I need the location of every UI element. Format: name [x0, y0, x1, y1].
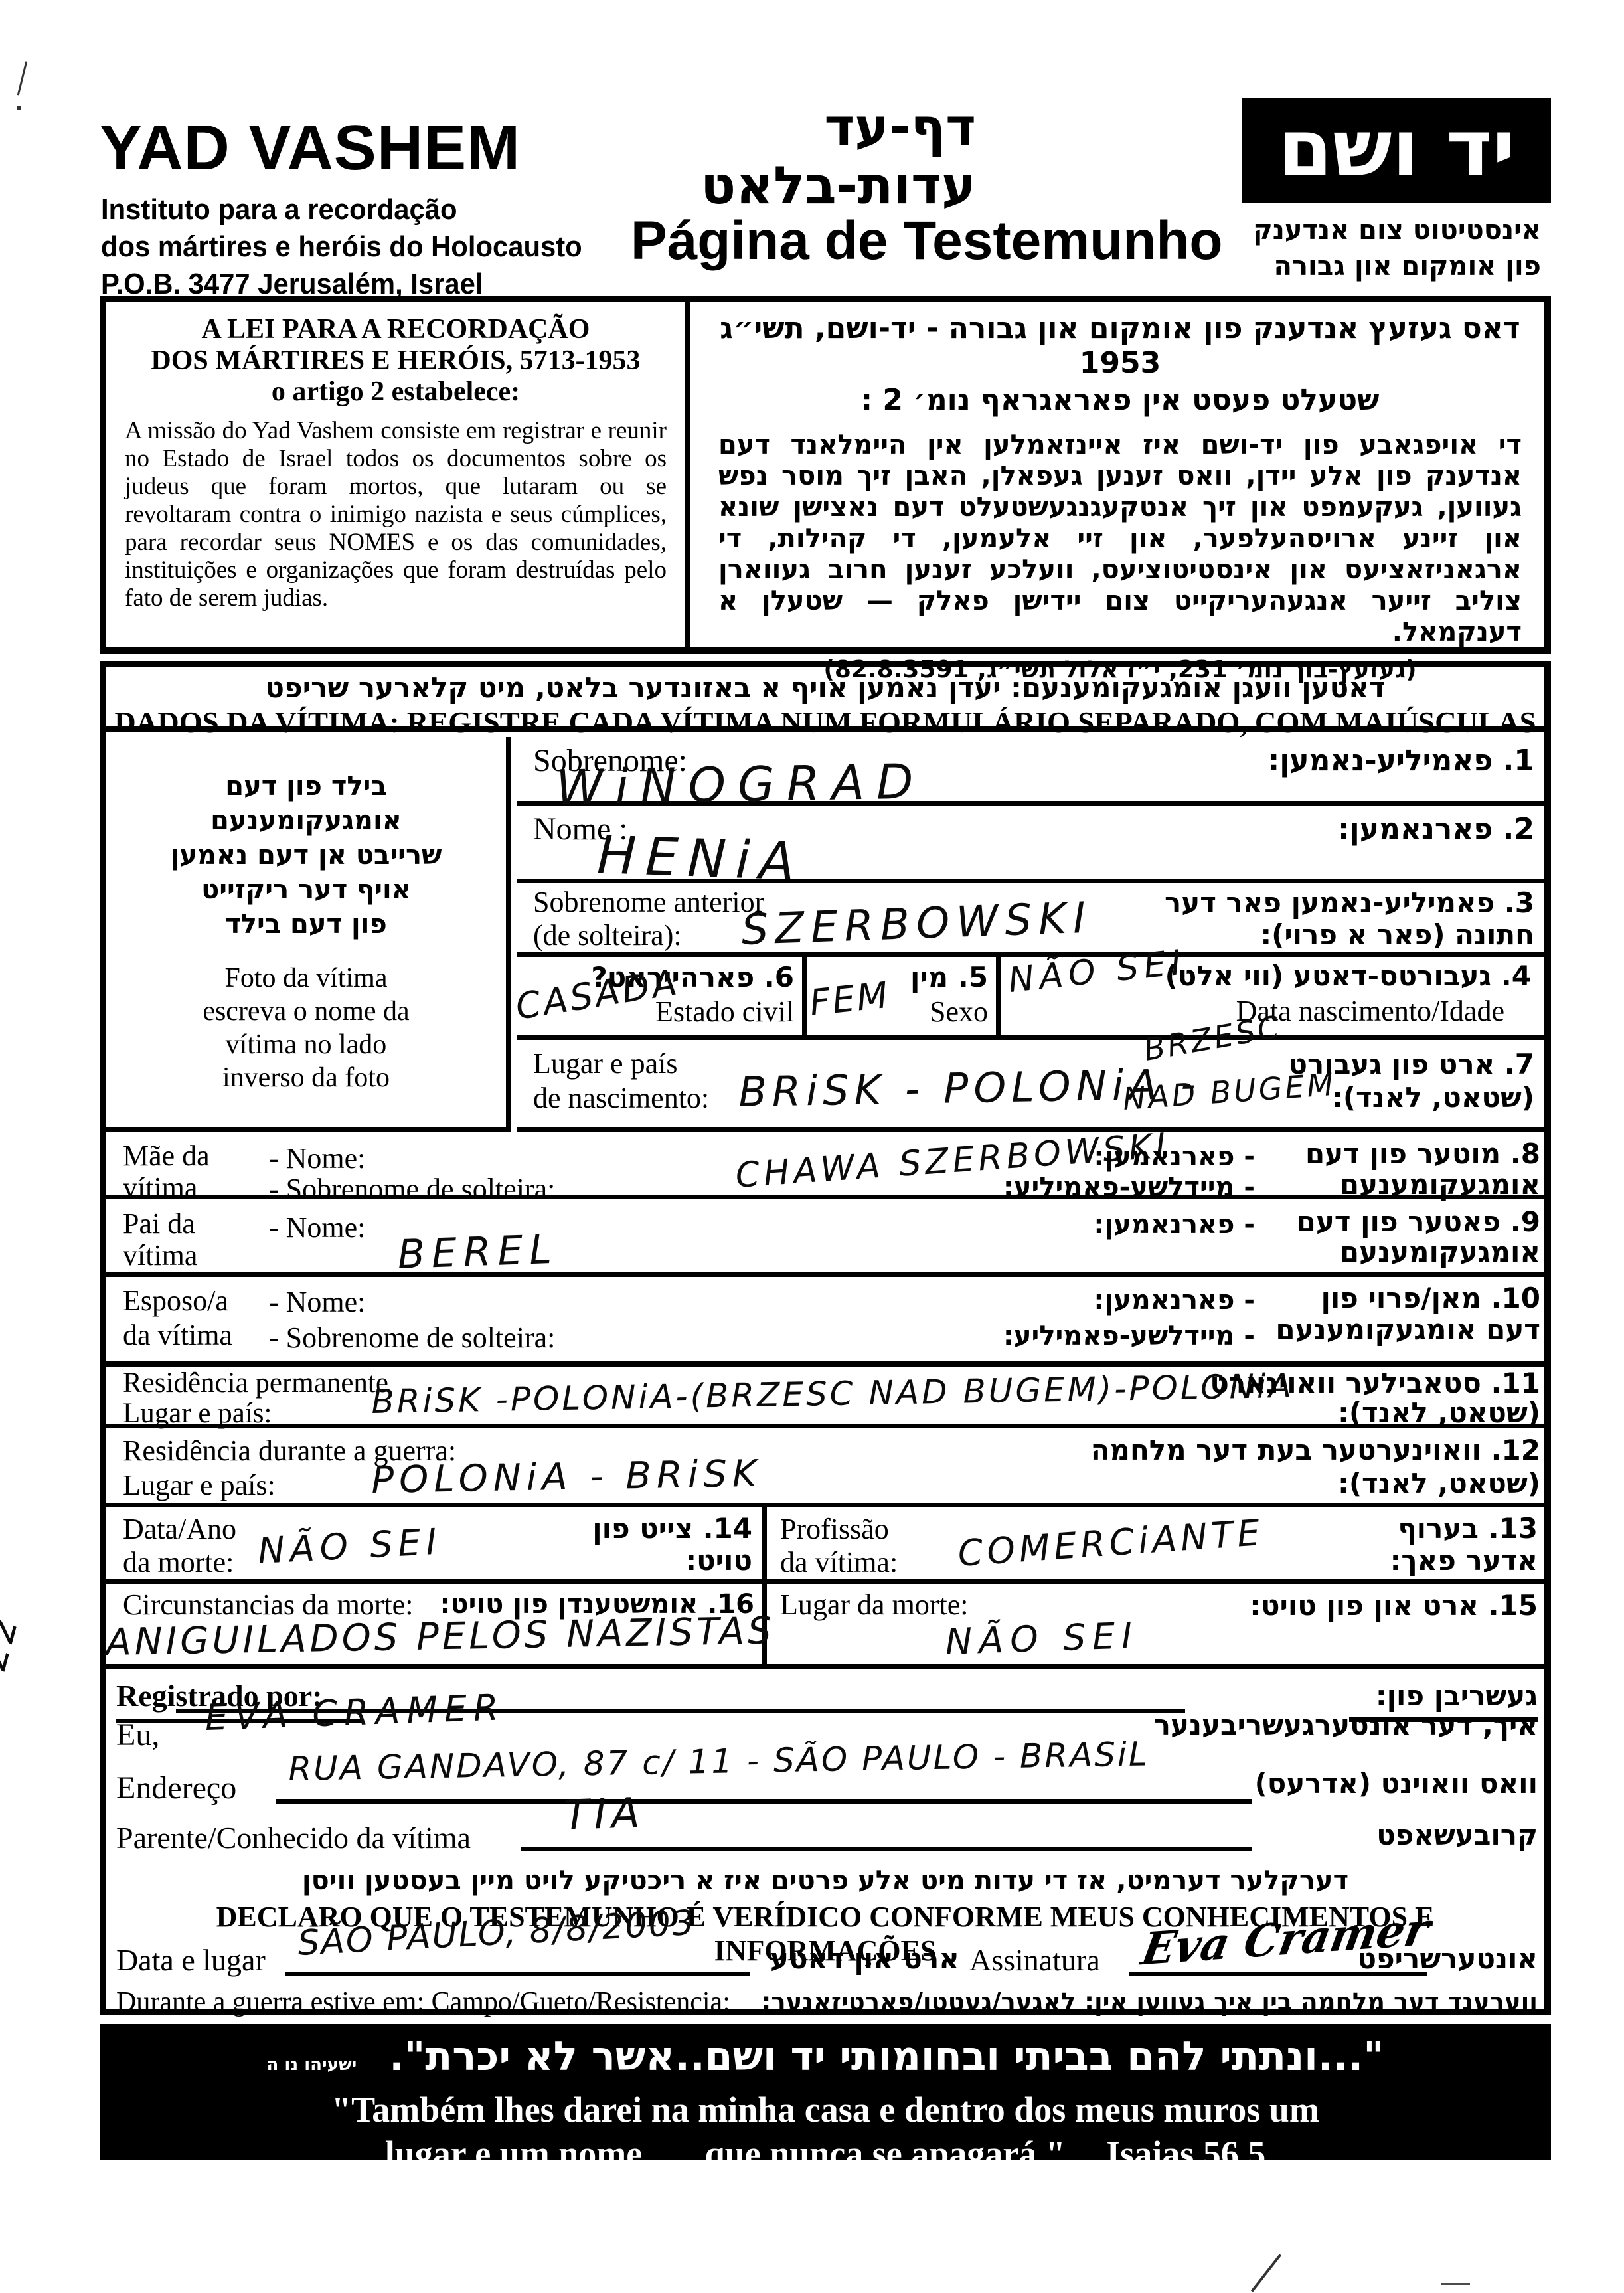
field-esposo-item-yi1: - פארנאמען: — [1094, 1285, 1255, 1316]
photo-box-pt-line4: inverso da foto — [106, 1061, 506, 1094]
field-lugar-morte-value: NÃO SEI — [945, 1614, 1139, 1663]
field-mae-item-solteira: - Sobrenome de solteira: — [269, 1172, 555, 1206]
field-sobrenome: Sobrenome: 1. פאמיליע-נאמען: WiNOGRAD — [517, 737, 1544, 806]
hebrew-form-title-line1: דף-עד — [598, 98, 976, 157]
address-line — [276, 1799, 1252, 1804]
address-label-yi: וואס וואוינט (אדרעס) — [1255, 1767, 1538, 1800]
law-box-pt: A LEI PARA A RECORDAÇÃO DOS MÁRTIRES E H… — [106, 302, 690, 647]
field-sexo: 5. מין Sexo FEM — [807, 957, 1001, 1040]
photo-box-yi-line2: אומגעקומענעם — [106, 804, 506, 838]
field-residencia-permanente-label-yi: 11. סטאבילער וואוינארט(שטאט, לאנד): — [1210, 1368, 1540, 1428]
wartime-location-label: Durante a guerra estive em: Campo/Gueto/… — [116, 1986, 730, 2018]
field-sobrenome-label-yi: 1. פאמיליע-נאמען: — [1268, 744, 1534, 778]
field-sobrenome-anterior-value: SZERBOWSKI — [740, 894, 1093, 955]
law-pt-title1: A LEI PARA A RECORDAÇÃO — [125, 314, 667, 345]
org-subtitle: Instituto para a recordação dos mártires… — [101, 191, 582, 303]
field-pai-item-nome: - Nome: — [269, 1211, 365, 1244]
photo-box: בילד פון דעם אומגעקומענעם שרייבט אן דעם … — [106, 737, 511, 1132]
scan-artifact-topleft — [17, 61, 27, 95]
scanned-testimony-page: 114722 YAD VASHEM Instituto para a recor… — [0, 0, 1624, 2293]
field-lugar-morte: Lugar da morte: 15. ארט און פון טויט: NÃ… — [767, 1584, 1544, 1669]
field-data-nascimento-label-yi: 4. געבורטס-דאטע (ווי אלט) — [1165, 960, 1532, 992]
photo-box-yi-line1: בילד פון דעם — [106, 769, 506, 804]
isaiah-source-pt: Isaias 56,5 — [1106, 2134, 1265, 2173]
victim-form: דאטען וועגן אומגעקומענעם: יעדן נאמען אוי… — [100, 661, 1551, 2015]
field-mae-label-yi: 8. מוטער פון דעםאומגעקומענעם — [1305, 1139, 1540, 1200]
field-data-morte-label-yi: 14. צייט פוןטויט: — [592, 1513, 752, 1576]
institute-yiddish: אינסטיטוט צום אנדענק פון אומקום און גבור… — [1242, 212, 1541, 284]
yad-vashem-logo: יד ושם — [1242, 98, 1551, 203]
field-residencia-guerra-value: POLONiA - BRiSK — [371, 1452, 762, 1502]
law-yi-body: די אויפגאבע פון יד-ושם איז איינזאמלען אי… — [718, 430, 1522, 648]
field-profissao-value: COMERCiANTE — [957, 1511, 1265, 1574]
isaiah-banner: "...ונתתי להם בביתי ובחומותי יד ושם..אשר… — [100, 2024, 1551, 2160]
field-mae: Mãe davítima - Nome: - Sobrenome de solt… — [106, 1138, 1544, 1199]
field-pai-label-pt: Pai davítima — [123, 1208, 197, 1272]
margin-registry-number: 114722 — [0, 1594, 32, 1798]
page-title: Página de Testemunho — [631, 210, 1223, 272]
institute-yiddish-line2: פון אומקום און גבורה — [1242, 248, 1541, 284]
field-esposo-label-yi: 10. מאן/פרוי פוןדעם אומגעקומענעם — [1275, 1282, 1540, 1346]
field-profissao: Profissãoda vítima: COMERCiANTE 13. בערו… — [767, 1507, 1544, 1584]
victim-data-header-yi: דאטען וועגן אומגעקומענעם: יעדן נאמען אוי… — [106, 671, 1544, 704]
witness-eu-label: Eu, — [116, 1717, 159, 1753]
relation-label: Parente/Conhecido da vítima — [116, 1820, 471, 1855]
field-data-morte: Data/Anoda morte: NÃO SEI 14. צייט פוןטו… — [106, 1507, 767, 1584]
field-estado-civil: 6. פארהייראט? Estado civil CASADA — [517, 957, 807, 1040]
field-sobrenome-anterior-label-pt: Sobrenome anterior(de solteira): — [533, 886, 764, 952]
hebrew-form-title: דף-עד עדות-בלאט — [598, 98, 976, 215]
field-lugar-nascimento: Lugar e paísde nascimento: 7. ארט פון גע… — [517, 1040, 1544, 1132]
isaiah-quote-pt-line1: "Também lhes darei na minha casa e dentr… — [100, 2089, 1551, 2130]
hebrew-form-title-line2: עדות-בלאט — [598, 157, 976, 215]
field-sobrenome-anterior: Sobrenome anterior(de solteira): 3. פאמי… — [517, 883, 1544, 957]
victim-data-header: דאטען וועגן אומגעקומענעם: יעדן נאמען אוי… — [106, 667, 1544, 732]
relation-value: TIA — [562, 1788, 645, 1839]
field-pai-value: BEREL — [397, 1227, 559, 1278]
org-name: YAD VASHEM — [100, 112, 521, 185]
field-nome: Nome : 2. פארנאמען: HENiA — [517, 806, 1544, 883]
field-residencia-guerra-label-yi: 12. וואוינערטער בעת דער מלחמה(שטאט, לאנד… — [1091, 1434, 1540, 1500]
scan-artifact-bottom-dash — [1441, 2283, 1470, 2285]
field-mae-item-yi1: - פארנאמען: — [1094, 1142, 1255, 1172]
signature-label-yi: אונטערשריפט — [1358, 1942, 1538, 1975]
field-esposo-item-nome: - Nome: — [269, 1285, 365, 1319]
address-value: RUA GANDAVO, 87 c/ 11 - SÃO PAULO - BRAS… — [288, 1735, 1149, 1788]
field-nome-value: HENiA — [596, 825, 805, 892]
law-box: A LEI PARA A RECORDAÇÃO DOS MÁRTIRES E H… — [100, 296, 1551, 654]
law-pt-title2: DOS MÁRTIRES E HERÓIS, 5713-1953 — [125, 345, 667, 377]
org-subtitle-line2: dos mártires e heróis do Holocausto — [101, 228, 582, 266]
org-subtitle-line1: Instituto para a recordação — [101, 191, 582, 228]
registration-section: Registrado por: געשריבן פון: Eu, EVA CRA… — [106, 1669, 1544, 2009]
field-residencia-permanente-label-pt: Residência permanenteLugar e país: — [123, 1368, 388, 1429]
field-circunstancias-morte: Circunstancias da morte: 16. אומשטענדן פ… — [106, 1584, 767, 1669]
isaiah-quote-pt-line2: lugar e um nome . . . que nunca se apaga… — [100, 2133, 1551, 2174]
field-profissao-label-pt: Profissãoda vítima: — [780, 1513, 898, 1579]
date-place-label-yi: ארט און דאטע — [770, 1942, 959, 1975]
photo-box-pt-line2: escreva o nome da — [106, 995, 506, 1028]
field-esposo-label-pt: Esposo/ada vítima — [123, 1284, 232, 1353]
field-data-morte-label-pt: Data/Anoda morte: — [123, 1513, 236, 1579]
field-lugar-morte-label-yi: 15. ארט און פון טויט: — [1250, 1589, 1538, 1622]
law-pt-body: A missão do Yad Vashem consiste em regis… — [125, 417, 667, 612]
field-mae-item-yi2: - מיידלשע-פאמיליע: — [1003, 1172, 1255, 1203]
wartime-location-label-yi: ווערענד דער מלחמה בין איך געווען אין: לא… — [762, 1988, 1538, 2016]
law-box-yi: דאס געזעץ אנדענק פון אומקום און גבורה - … — [696, 302, 1544, 647]
photo-box-yi-line5: פון דעם בילד — [106, 907, 506, 942]
field-residencia-guerra: Residência durante a guerra:Lugar e país… — [106, 1428, 1544, 1507]
victim-data-header-pt: DADOS DA VÍTIMA: REGISTRE CADA VÍTIMA NU… — [106, 705, 1544, 740]
declaration-yi: דערקלער דערמיט, אז די עדות מיט אלע פרטים… — [106, 1865, 1544, 1896]
address-label: Endereço — [116, 1770, 236, 1806]
photo-box-yi-line3: שרייבט אן דעם נאמען — [106, 838, 506, 873]
isaiah-source-hebrew: ישעיהו נו ה — [267, 2055, 357, 2075]
signature-label: Assinatura — [969, 1942, 1100, 1978]
scan-artifact-topleft-dot — [17, 106, 21, 110]
scan-artifact-bottomright — [1251, 2254, 1281, 2292]
photo-box-yi-line4: אויף דער ריקזייט — [106, 873, 506, 907]
law-yi-title2: שטעלט פעסט אין פאראגראף נומ׳ 2 : — [718, 383, 1522, 418]
field-lugar-morte-label-pt: Lugar da morte: — [780, 1588, 968, 1622]
field-mae-item-nome: - Nome: — [269, 1142, 365, 1175]
law-yi-title1: דאס געזעץ אנדענק פון אומקום און גבורה - … — [718, 311, 1522, 381]
field-sexo-label-yi: 5. מין — [910, 961, 988, 993]
field-sobrenome-anterior-label-yi: 3. פאמיליע-נאמען פאר דערחתונה (פאר א פרו… — [1165, 887, 1534, 951]
law-pt-title3: o artigo 2 estabelece: — [125, 377, 667, 408]
photo-box-pt-line3: vítima no lado — [106, 1028, 506, 1061]
witness-eu-label-yi: איך, דער אונטערגעשריבענער — [1154, 1709, 1538, 1741]
field-residencia-permanente: Residência permanenteLugar e país: BRiSK… — [106, 1367, 1544, 1428]
field-profissao-label-yi: 13. בערוףאדער פאך: — [1390, 1513, 1538, 1576]
yad-vashem-logo-text: יד ושם — [1278, 102, 1515, 194]
photo-box-pt-line1: Foto da vítima — [106, 962, 506, 995]
institute-yiddish-line1: אינסטיטוט צום אנדענק — [1242, 212, 1541, 248]
field-nome-label-yi: 2. פארנאמען: — [1338, 812, 1534, 846]
relation-line — [521, 1847, 1252, 1851]
field-data-morte-value: NÃO SEI — [257, 1521, 443, 1572]
field-pai-label-yi: 9. פאטער פון דעםאומגעקומענעם — [1297, 1207, 1540, 1268]
field-sexo-value: FEM — [807, 974, 892, 1024]
field-residencia-permanente-value: BRiSK -POLONiA-(BRZESC NAD BUGEM)-POLONi… — [371, 1367, 1294, 1421]
isaiah-quote-hebrew: "...ונתתי להם בביתי ובחומותי יד ושם..אשר… — [100, 2033, 1551, 2080]
date-place-label: Data e lugar — [116, 1942, 266, 1978]
field-esposo: Esposo/ada vítima - Nome: - Sobrenome de… — [106, 1277, 1544, 1367]
field-pai-item-yi1: - פארנאמען: — [1094, 1209, 1255, 1240]
field-lugar-nascimento-label-pt: Lugar e paísde nascimento: — [533, 1047, 709, 1116]
relation-label-yi: קרובעשאפט — [1376, 1819, 1538, 1851]
field-esposo-item-solteira: - Sobrenome de solteira: — [269, 1321, 555, 1355]
field-esposo-item-yi2: - מיידלשע-פאמיליע: — [1003, 1321, 1255, 1351]
field-mae-label-pt: Mãe davítima — [123, 1140, 210, 1204]
field-pai: Pai davítima - Nome: BEREL - פארנאמען: 9… — [106, 1204, 1544, 1277]
date-place-line — [285, 1972, 750, 1976]
field-sexo-label-pt: Sexo — [930, 995, 988, 1029]
